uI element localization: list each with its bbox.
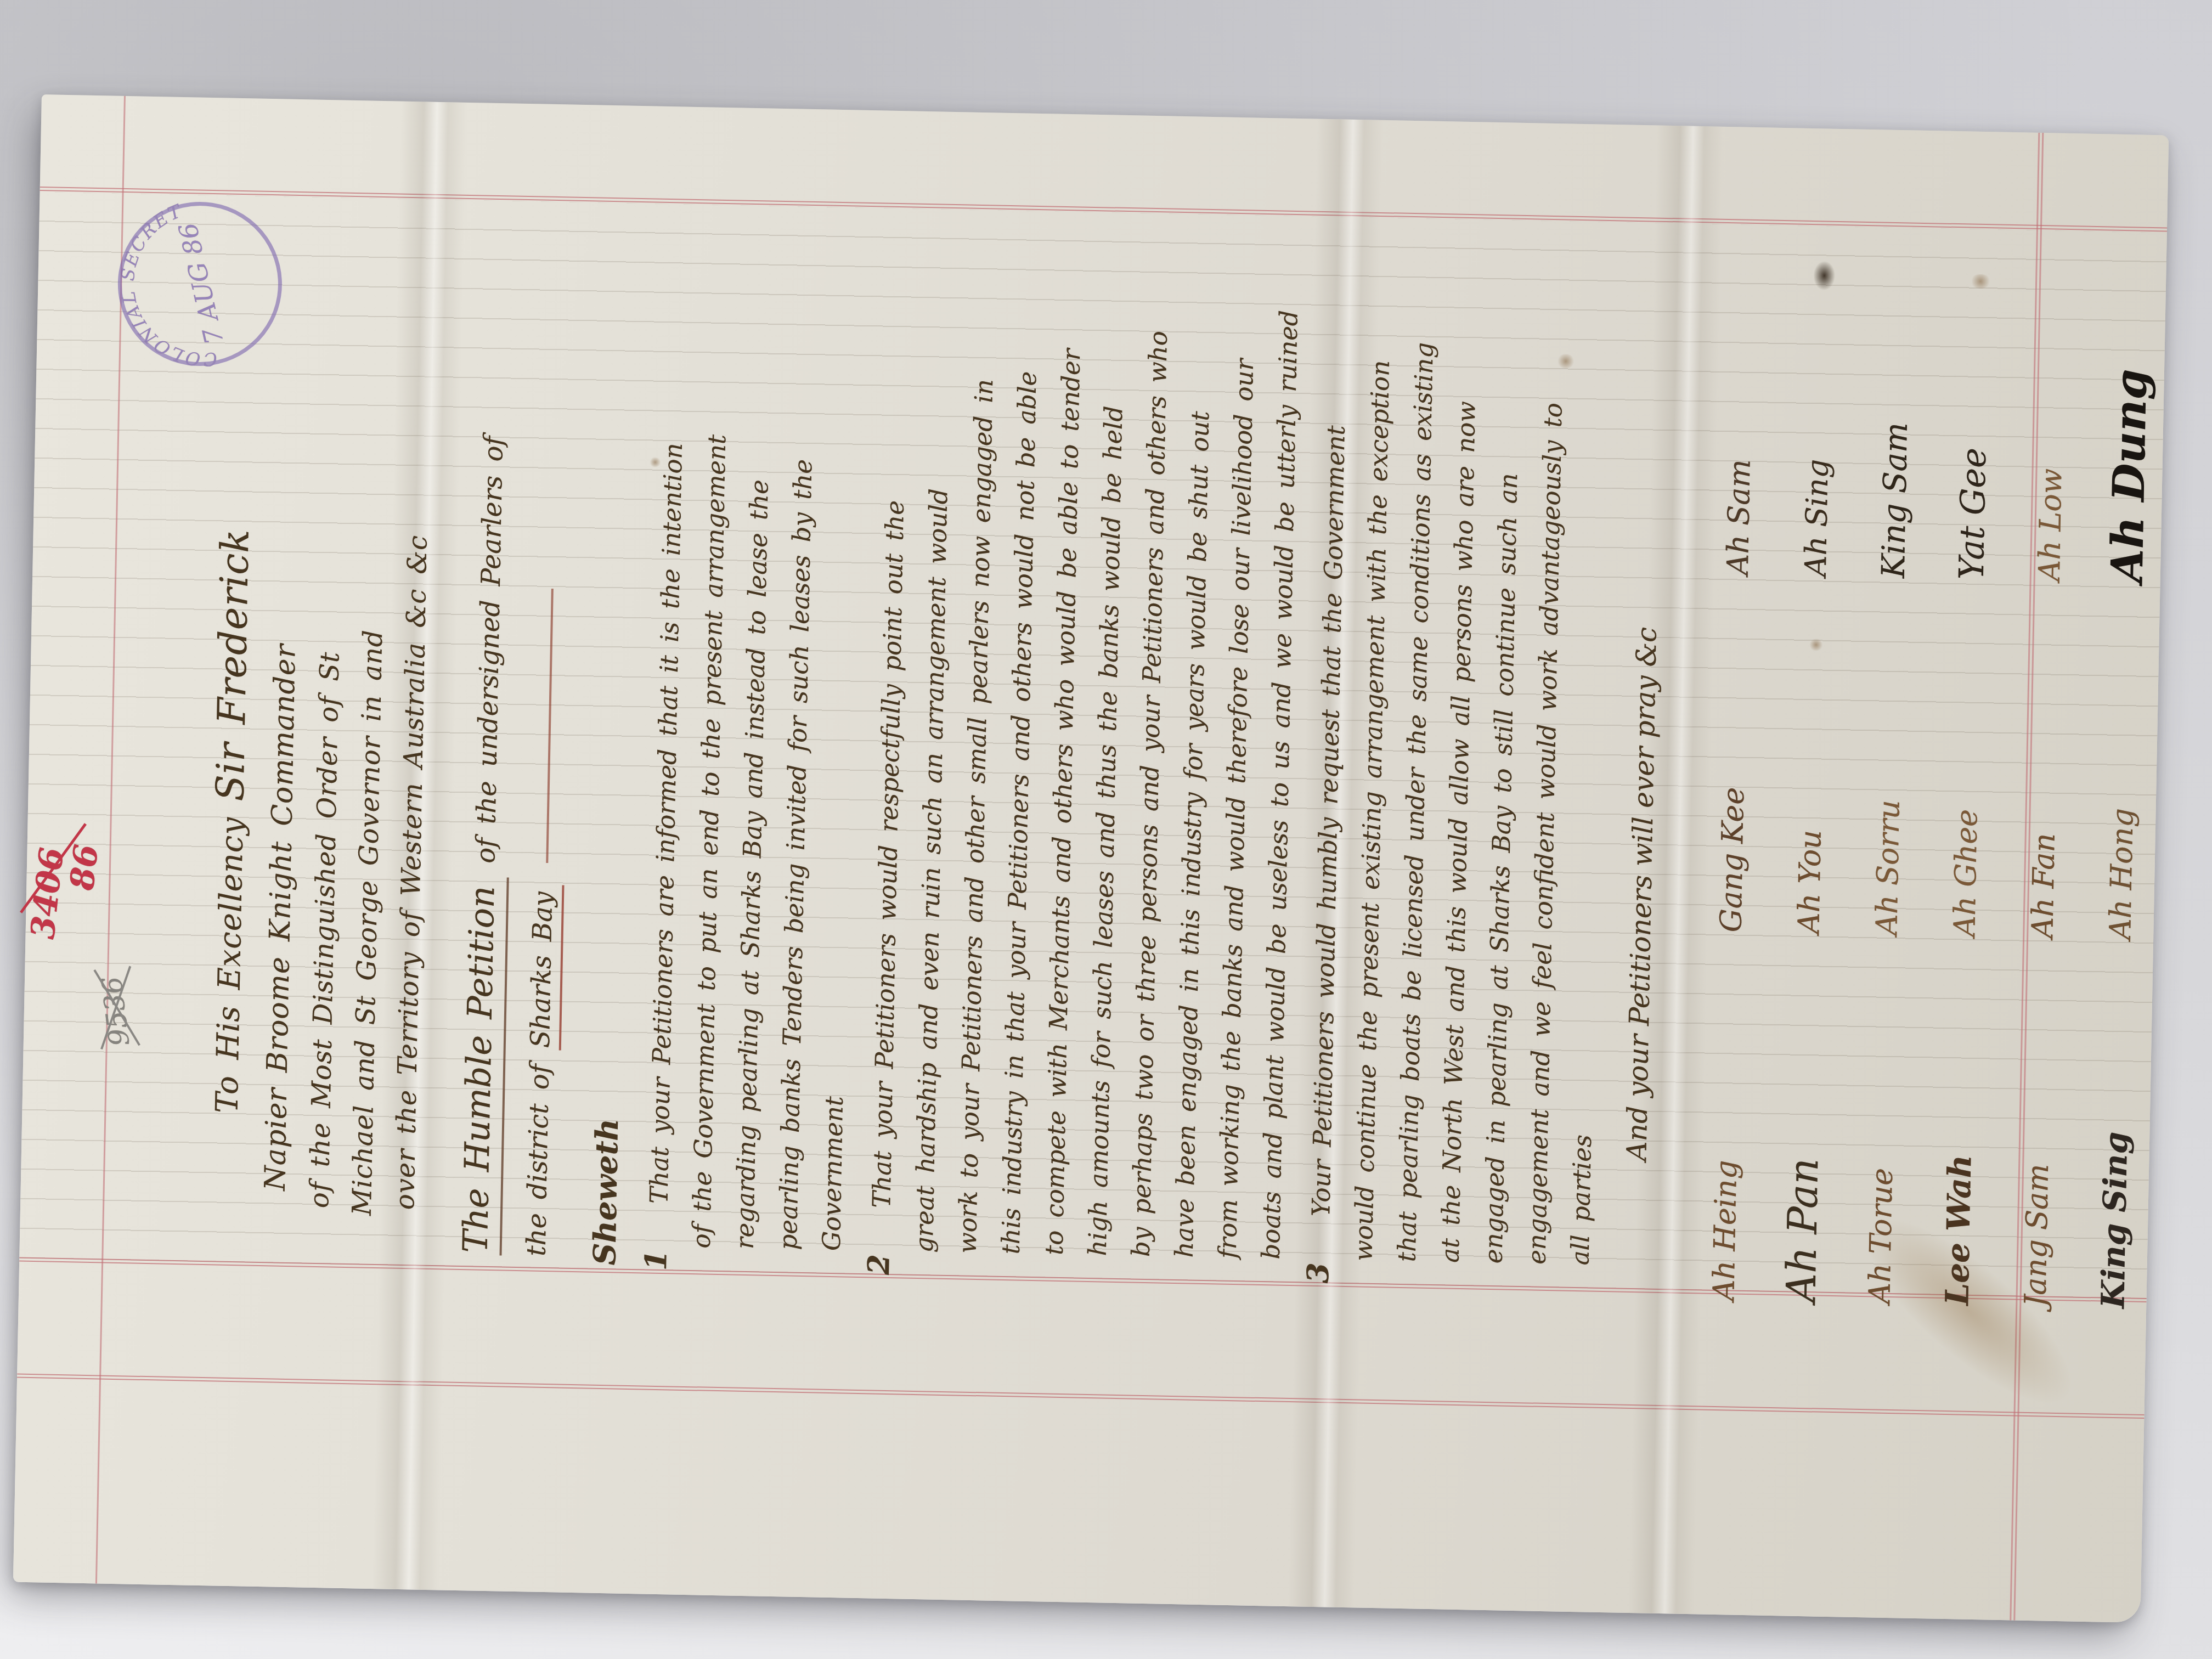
signature: Ah Hong xyxy=(2103,583,2144,940)
district-name: Sharks Bay xyxy=(525,884,565,1051)
signature: Jang Sam xyxy=(2018,938,2059,1307)
paragraph-2: 2That your Petitioners would respectfull… xyxy=(857,132,1314,1293)
signature: King Sam xyxy=(1875,151,1920,578)
signature: Ah Heing xyxy=(1706,932,1748,1301)
petition-heading: The Humble Petition of the undersigned P… xyxy=(446,125,587,1279)
stamp-date: 7 AUG 86 xyxy=(173,220,229,347)
file-number-red: 3406 86 xyxy=(26,839,104,944)
signature: Ah Fan xyxy=(2025,581,2066,939)
signature: Ah Ghee xyxy=(1947,579,1988,937)
signature: Ah Sorru xyxy=(1869,578,1910,935)
signature: Yat Gee xyxy=(1951,153,1999,580)
signature: Ah Sam xyxy=(1720,149,1763,575)
petition-title: The Humble Petition xyxy=(455,877,509,1255)
document-paper: COLONIAL SECRETARY'S OFFICE 7 AUG 86 340… xyxy=(13,94,2169,1623)
signature-block: Ah Heing Gang Kee Ah Sam Ah Pan Ah You A… xyxy=(1684,148,2174,1309)
signature: Ah Pan xyxy=(1778,933,1832,1303)
signature: Gang Kee xyxy=(1713,575,1754,933)
paragraph-1: 1That your Petitioners are informed that… xyxy=(634,128,874,1284)
governor-name: Sir Frederick xyxy=(207,528,258,802)
handwritten-text-layer: COLONIAL SECRETARY'S OFFICE 7 AUG 86 340… xyxy=(195,120,2170,1309)
paragraph-number: 3 xyxy=(1296,1216,1341,1283)
photo-of-petition-document: COLONIAL SECRETARY'S OFFICE 7 AUG 86 340… xyxy=(0,0,2212,1659)
signature: Ah Low xyxy=(2032,155,2074,582)
signature: Ah You xyxy=(1791,577,1832,934)
paragraph-number: 1 xyxy=(634,1203,679,1271)
signature: Ah Sing xyxy=(1798,150,1841,577)
prayer-line: And your Petitioners will ever pray &c xyxy=(1610,147,1680,1300)
signature: Ah Torue xyxy=(1862,935,1904,1304)
signature: Ah Dung xyxy=(2101,156,2161,583)
ruled-line-extension xyxy=(546,589,554,863)
signature: King Sing xyxy=(2094,939,2138,1308)
paragraph-number: 2 xyxy=(857,1207,901,1275)
red-rule-footer xyxy=(17,1374,2144,1419)
file-year: 86 xyxy=(65,843,104,892)
signature: Lee Wah xyxy=(1938,936,1983,1306)
paragraph-3: 3Your Petitioners would humbly request t… xyxy=(1296,141,1623,1299)
